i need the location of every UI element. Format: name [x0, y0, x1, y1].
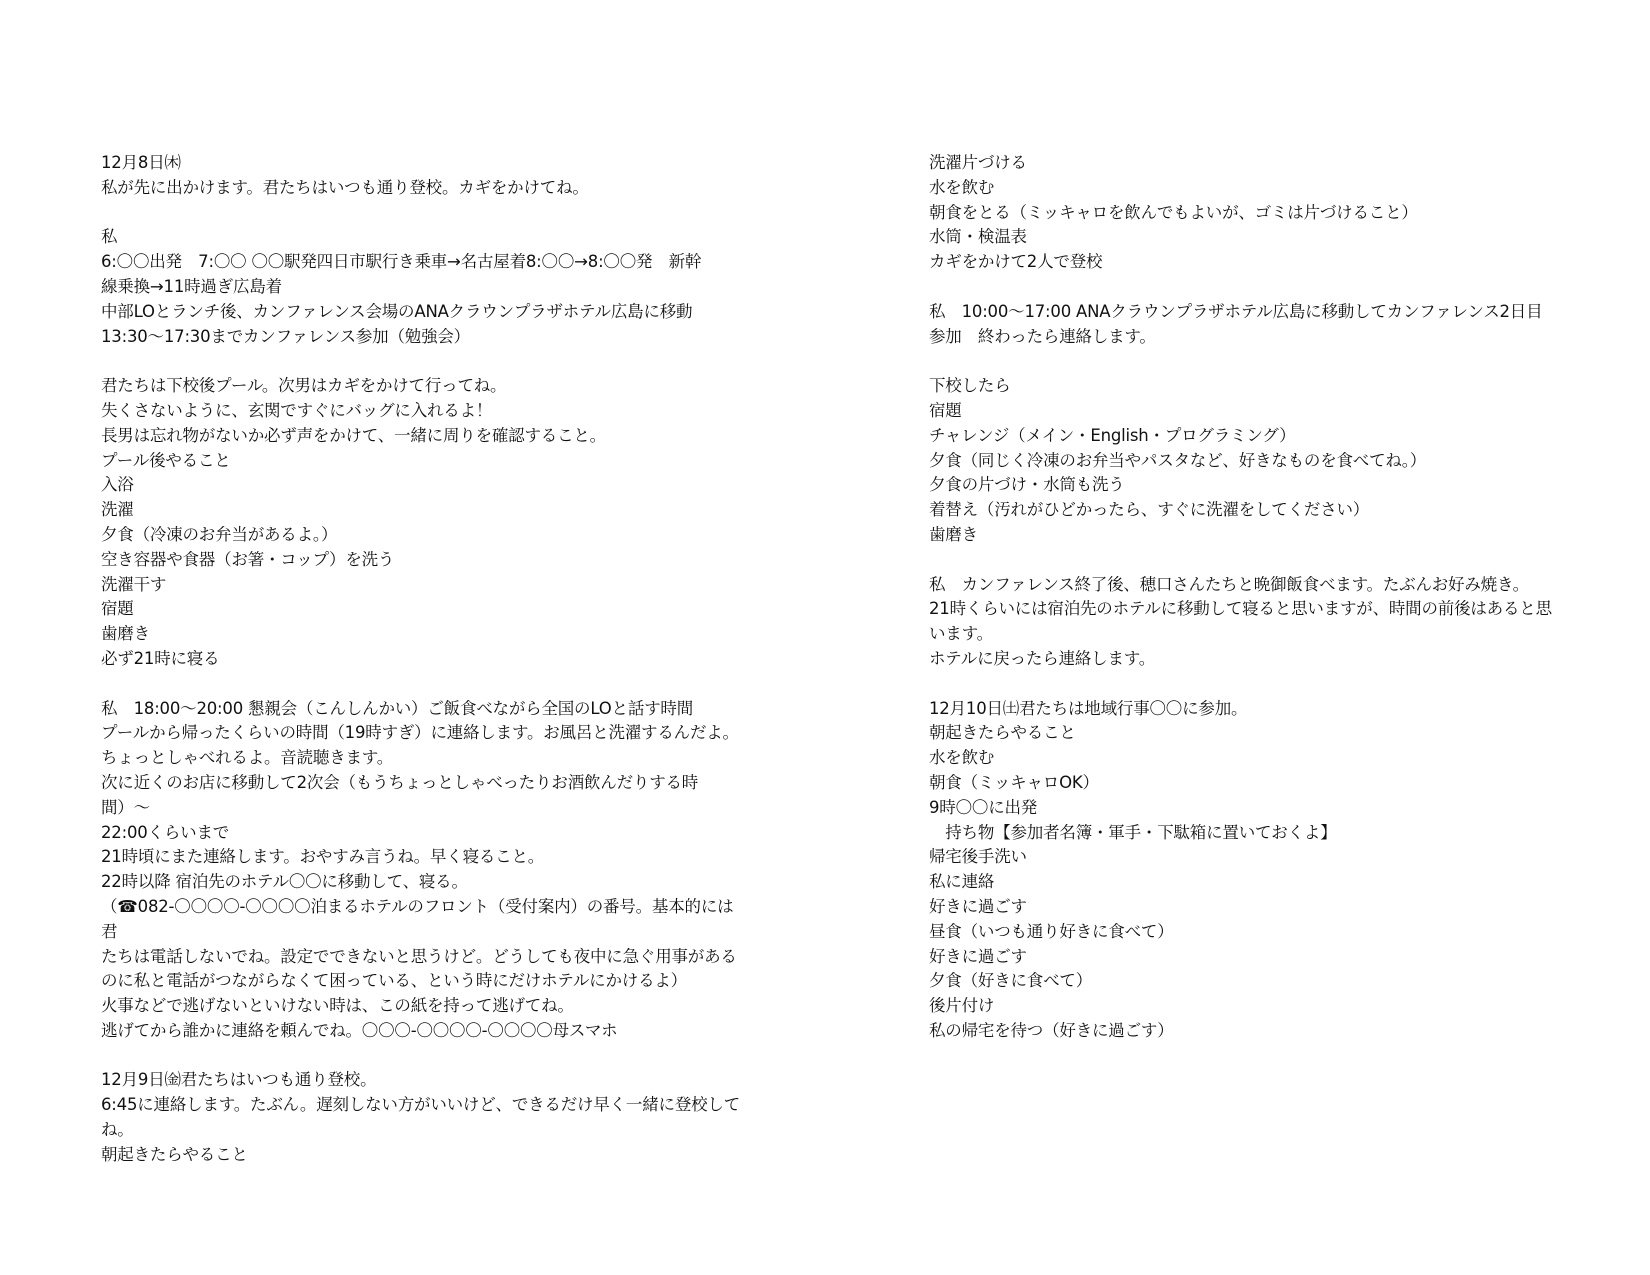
text-line: 夕食の片づけ・水筒も洗う	[929, 473, 1569, 498]
text-line: 朝起きたらやること	[101, 1143, 741, 1168]
text-line: 私 18:00〜20:00 懇親会（こんしんかい）ご飯食べながら全国のLOと話す…	[101, 697, 741, 722]
text-line: 13:30〜17:30までカンファレンス参加（勉強会）	[101, 325, 741, 350]
text-line	[101, 1044, 741, 1069]
text-line: 歯磨き	[929, 523, 1569, 548]
right-column: 洗濯片づける水を飲む朝食をとる（ミッキャロを飲んでもよいが、ゴミは片づけること）…	[929, 151, 1569, 1044]
text-line: 私の帰宅を待つ（好きに過ごす）	[929, 1019, 1569, 1044]
text-line: 9時〇〇に出発	[929, 796, 1569, 821]
text-line: 必ず21時に寝る	[101, 647, 741, 672]
text-line: 水を飲む	[929, 176, 1569, 201]
text-line: 夕食（同じく冷凍のお弁当やパスタなど、好きなものを食べてね。）	[929, 449, 1569, 474]
text-line	[929, 349, 1569, 374]
text-line: たちは電話しないでね。設定でできないと思うけど。どうしても夜中に急ぐ用事がある	[101, 945, 741, 970]
text-line: 12月10日㈯君たちは地域行事〇〇に参加。	[929, 697, 1569, 722]
text-line: 22:00くらいまで	[101, 821, 741, 846]
text-line: 6:〇〇出発 7:〇〇 〇〇駅発四日市駅行き乗車→名古屋着8:〇〇→8:〇〇発 …	[101, 250, 741, 275]
text-line	[929, 275, 1569, 300]
text-line: 6:45に連絡します。たぶん。遅刻しない方がいいけど、できるだけ早く一緒に登校し…	[101, 1093, 741, 1118]
text-line: 洗濯	[101, 498, 741, 523]
text-line: 歯磨き	[101, 622, 741, 647]
text-line: 君たちは下校後プール。次男はカギをかけて行ってね。	[101, 374, 741, 399]
document-page: 12月8日㈭私が先に出かけます。君たちはいつも通り登校。カギをかけてね。私6:〇…	[0, 0, 1650, 1275]
text-line	[929, 548, 1569, 573]
text-line: 長男は忘れ物がないか必ず声をかけて、一緒に周りを確認すること。	[101, 424, 741, 449]
text-line: 私	[101, 225, 741, 250]
text-line: 空き容器や食器（お箸・コップ）を洗う	[101, 548, 741, 573]
text-line: ちょっとしゃべれるよ。音読聴きます。	[101, 746, 741, 771]
text-line: 持ち物【参加者名簿・軍手・下駄箱に置いておくよ】	[929, 821, 1569, 846]
text-line: 宿題	[101, 597, 741, 622]
text-line	[101, 201, 741, 226]
text-line: 私 カンファレンス終了後、穂口さんたちと晩御飯食べます。たぶんお好み焼き。	[929, 573, 1569, 598]
text-line: 私 10:00〜17:00 ANAクラウンプラザホテル広島に移動してカンファレン…	[929, 300, 1569, 325]
text-line: 入浴	[101, 473, 741, 498]
text-line: 火事などで逃げないといけない時は、この紙を持って逃げてね。	[101, 994, 741, 1019]
text-line: 洗濯干す	[101, 573, 741, 598]
text-line: 朝食をとる（ミッキャロを飲んでもよいが、ゴミは片づけること）	[929, 201, 1569, 226]
text-line: （☎082-〇〇〇〇-〇〇〇〇泊まるホテルのフロント（受付案内）の番号。基本的に…	[101, 895, 741, 945]
text-line: 朝起きたらやること	[929, 721, 1569, 746]
text-line: います。	[929, 622, 1569, 647]
text-line: カギをかけて2人で登校	[929, 250, 1569, 275]
text-line: 好きに過ごす	[929, 945, 1569, 970]
text-line: 朝食（ミッキャロOK）	[929, 771, 1569, 796]
text-line: ね。	[101, 1118, 741, 1143]
text-line: 22時以降 宿泊先のホテル〇〇に移動して、寝る。	[101, 870, 741, 895]
text-line: ホテルに戻ったら連絡します。	[929, 647, 1569, 672]
text-line: 着替え（汚れがひどかったら、すぐに洗濯をしてください）	[929, 498, 1569, 523]
text-line: 宿題	[929, 399, 1569, 424]
text-line: 21時くらいには宿泊先のホテルに移動して寝ると思いますが、時間の前後はあると思	[929, 597, 1569, 622]
text-line: 12月9日㈮君たちはいつも通り登校。	[101, 1068, 741, 1093]
text-line: 失くさないように、玄関ですぐにバッグに入れるよ！	[101, 399, 741, 424]
text-line: 参加 終わったら連絡します。	[929, 325, 1569, 350]
text-line: チャレンジ（メイン・English・プログラミング）	[929, 424, 1569, 449]
text-line: 好きに過ごす	[929, 895, 1569, 920]
text-line: 水を飲む	[929, 746, 1569, 771]
text-line	[101, 672, 741, 697]
text-line: 水筒・検温表	[929, 225, 1569, 250]
text-line: 後片付け	[929, 994, 1569, 1019]
text-line: プール後やること	[101, 449, 741, 474]
text-line: 夕食（冷凍のお弁当があるよ。）	[101, 523, 741, 548]
text-line: 昼食（いつも通り好きに食べて）	[929, 920, 1569, 945]
text-line: 帰宅後手洗い	[929, 845, 1569, 870]
text-line: 線乗換→11時過ぎ広島着	[101, 275, 741, 300]
text-line: 私が先に出かけます。君たちはいつも通り登校。カギをかけてね。	[101, 176, 741, 201]
text-line: 逃げてから誰かに連絡を頼んでね。〇〇〇-〇〇〇〇-〇〇〇〇母スマホ	[101, 1019, 741, 1044]
text-line: 夕食（好きに食べて）	[929, 969, 1569, 994]
text-line: 私に連絡	[929, 870, 1569, 895]
text-line: 中部LOとランチ後、カンファレンス会場のANAクラウンプラザホテル広島に移動	[101, 300, 741, 325]
text-line: のに私と電話がつながらなくて困っている、という時にだけホテルにかけるよ）	[101, 969, 741, 994]
left-column: 12月8日㈭私が先に出かけます。君たちはいつも通り登校。カギをかけてね。私6:〇…	[101, 151, 741, 1168]
text-line	[929, 672, 1569, 697]
text-line: プールから帰ったくらいの時間（19時すぎ）に連絡します。お風呂と洗濯するんだよ。	[101, 721, 741, 746]
text-line: 12月8日㈭	[101, 151, 741, 176]
text-line: 下校したら	[929, 374, 1569, 399]
text-line	[101, 349, 741, 374]
text-line: 次に近くのお店に移動して2次会（もうちょっとしゃべったりお酒飲んだりする時間）〜	[101, 771, 741, 821]
text-line: 21時頃にまた連絡します。おやすみ言うね。早く寝ること。	[101, 845, 741, 870]
text-line: 洗濯片づける	[929, 151, 1569, 176]
